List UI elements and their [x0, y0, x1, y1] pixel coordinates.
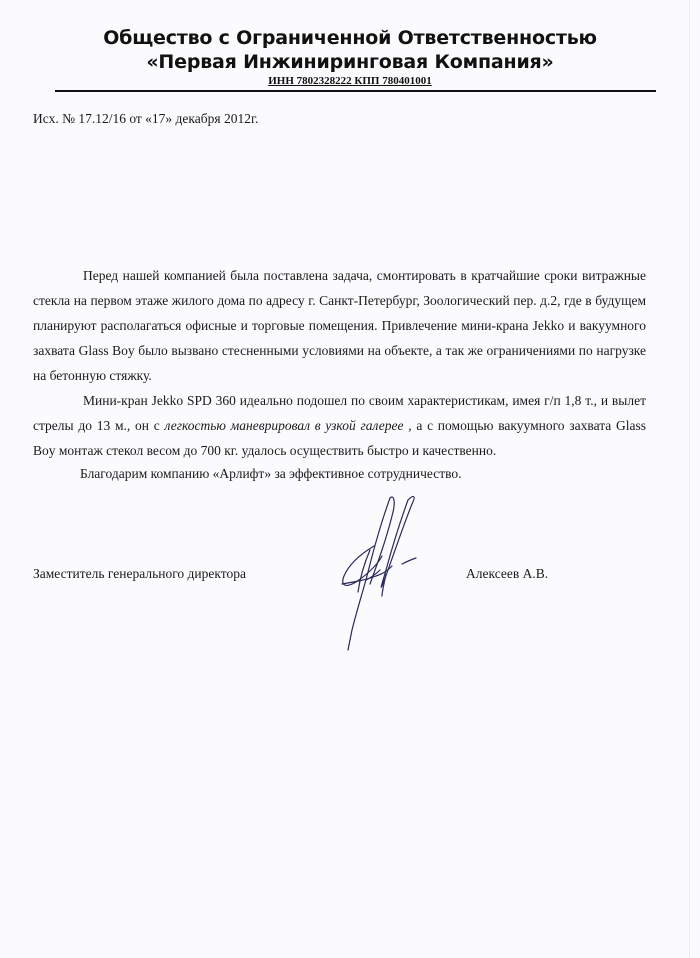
reference-number: Исх. № 17.12/16 от «17» декабря 2012г. [33, 111, 258, 127]
paragraph-1: Перед нашей компанией была поставлена за… [33, 263, 646, 388]
letterhead: Общество с Ограниченной Ответственностью… [0, 26, 700, 88]
company-name-line-2: «Первая Инжиниринговая Компания» [0, 50, 700, 74]
signer-name: Алексеев А.В. [466, 566, 548, 582]
letter-body: Перед нашей компанией была поставлена за… [33, 263, 646, 463]
signature-icon [330, 490, 430, 652]
thanks-line: Благодарим компанию «Арлифт» за эффектив… [80, 466, 462, 482]
signer-title: Заместитель генерального директора [33, 566, 246, 582]
company-registration: ИНН 7802328222 КПП 780401001 [0, 75, 700, 88]
page-edge [689, 0, 690, 958]
letterhead-divider [55, 90, 656, 92]
company-name-line-1: Общество с Ограниченной Ответственностью [0, 26, 700, 50]
paragraph-2: Мини-кран Jekko SPD 360 идеально подошел… [33, 388, 646, 463]
paragraph-2-italic: легкостью маневрировал в узкой галерее [164, 418, 403, 433]
